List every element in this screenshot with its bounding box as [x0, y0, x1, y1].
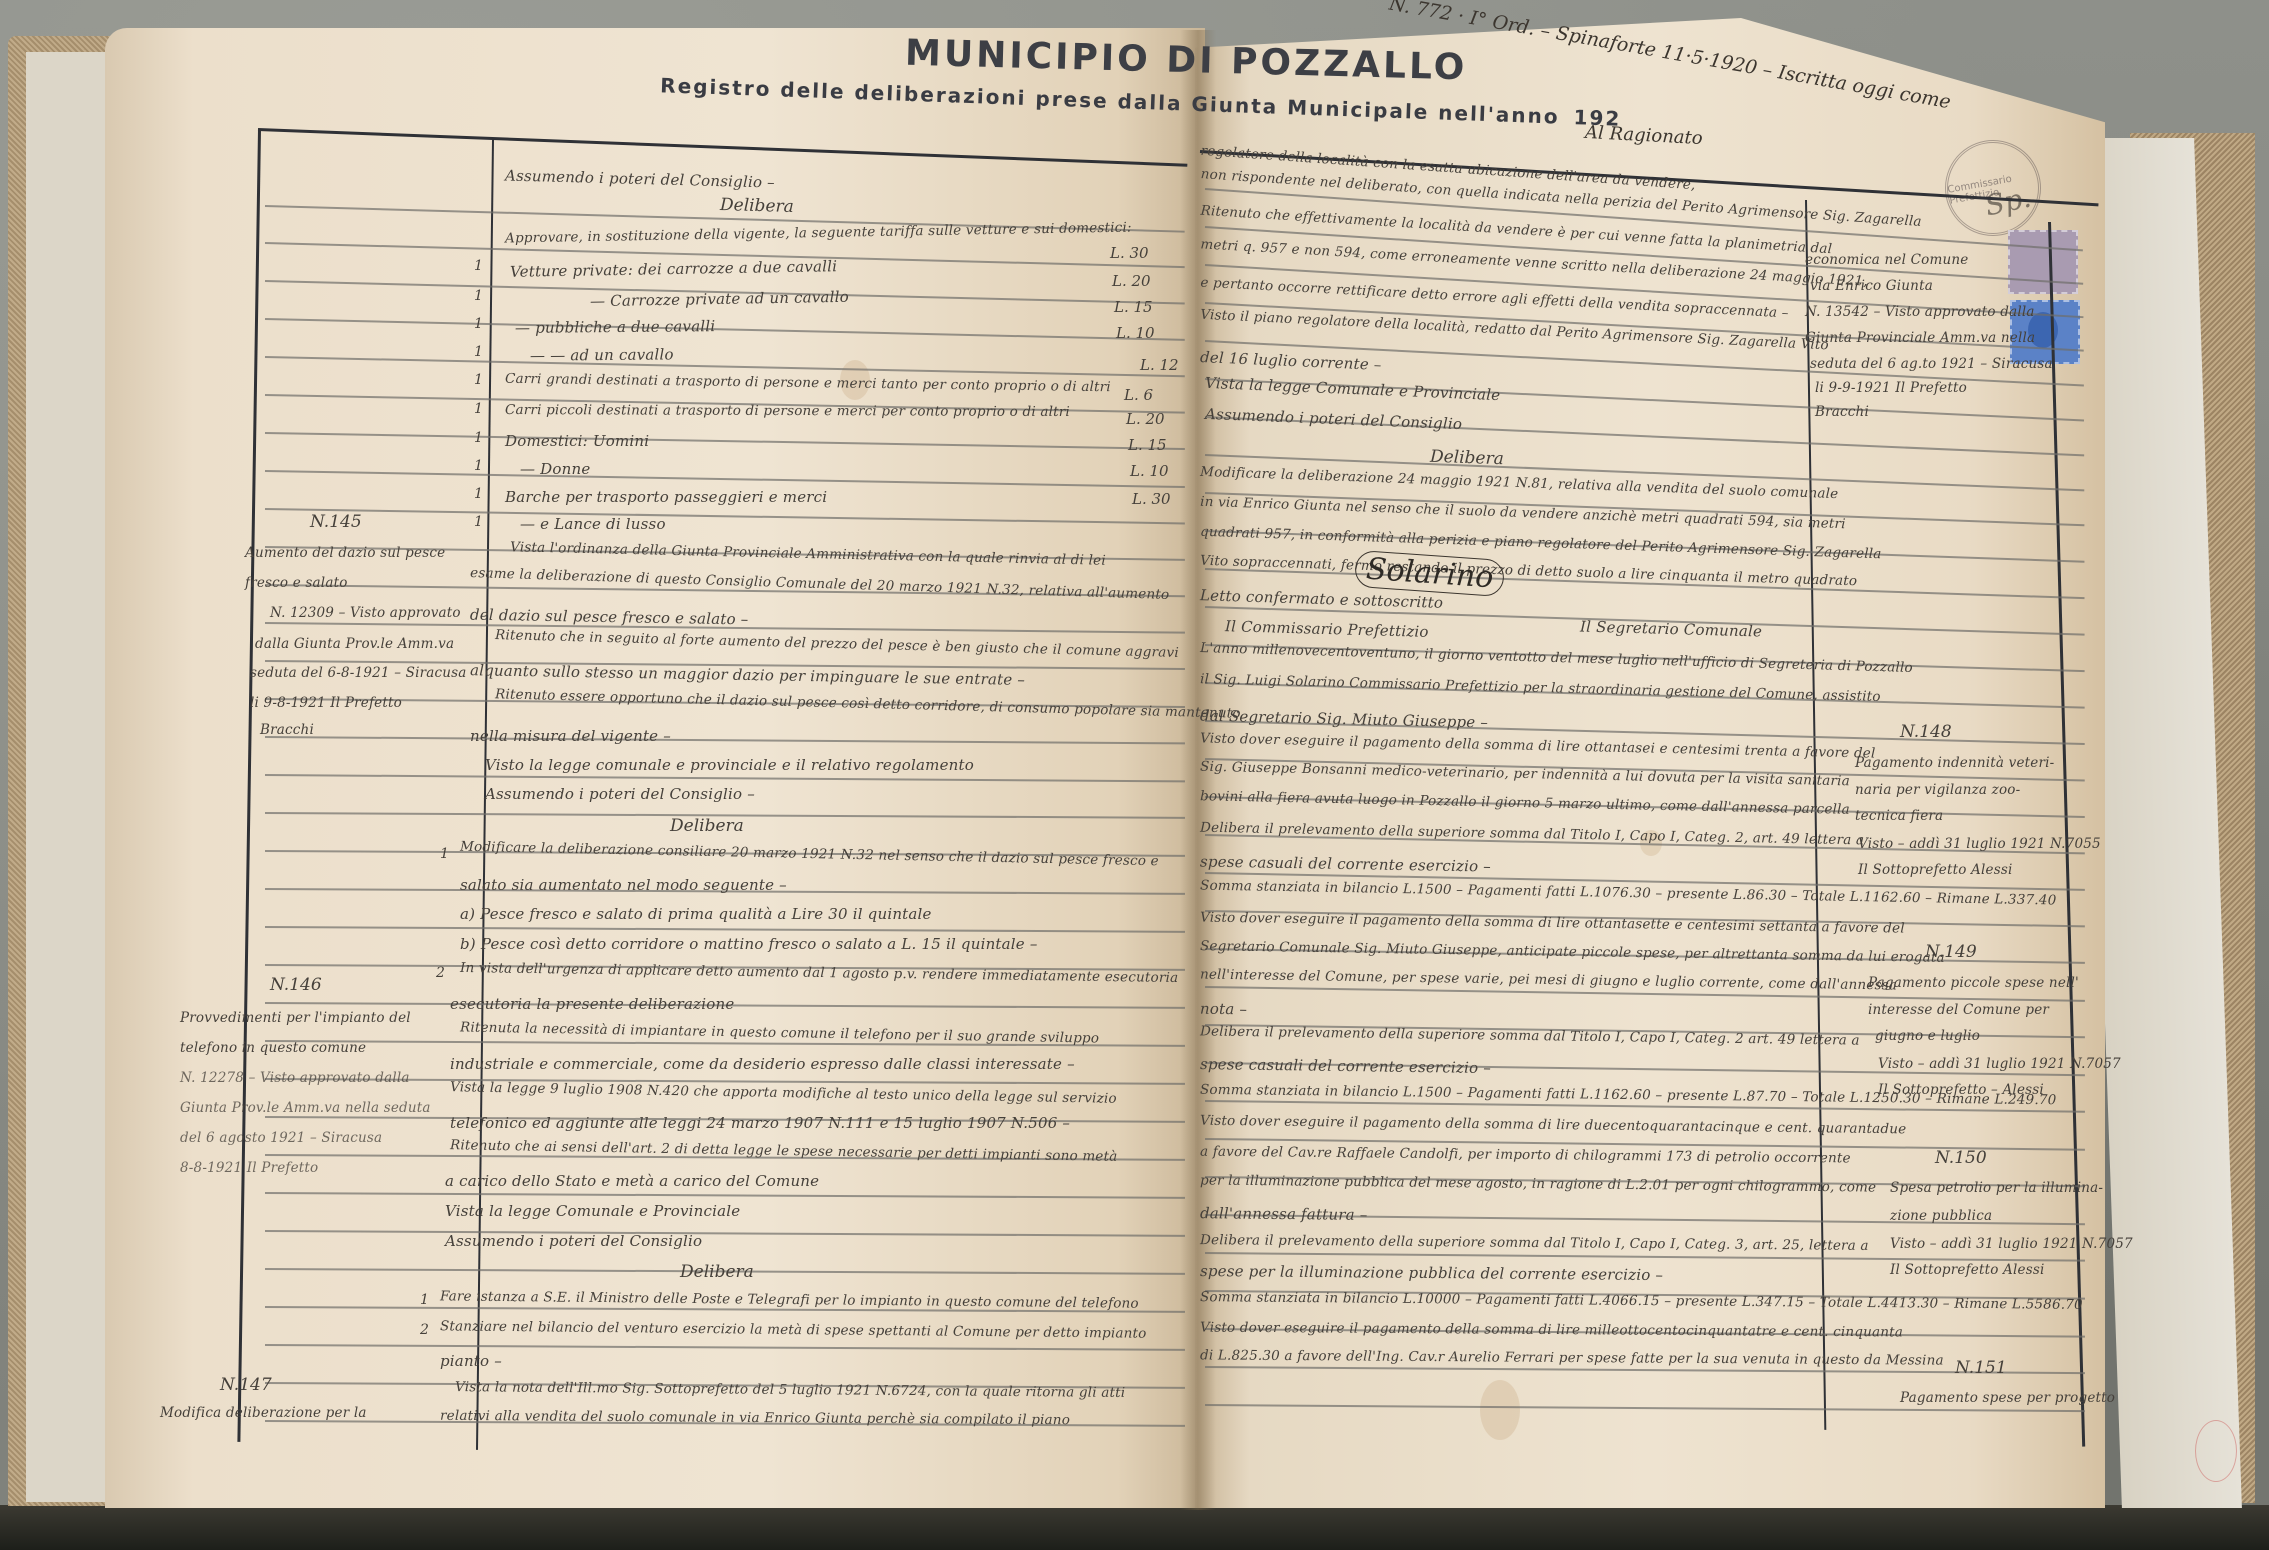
margin-approval: N. 12309 – Visto approvato	[270, 605, 461, 621]
delibera-heading: Delibera	[720, 195, 794, 217]
margin-approval: 8-8-1921 Il Prefetto	[180, 1160, 318, 1176]
margin-subject: fresco e salato	[245, 575, 348, 591]
body-line: Assumendo i poteri del Consiglio –	[485, 785, 755, 803]
margin-subject: tecnica fiera	[1855, 808, 1943, 824]
margin-approval: dalla Giunta Prov.le Amm.va	[255, 636, 454, 652]
left-flyleaf	[26, 52, 106, 1502]
body-line: salato sia aumentato nel modo seguente –	[460, 876, 787, 894]
amount: L. 15	[1114, 298, 1153, 316]
item-number: 1	[474, 258, 483, 274]
margin-subject: Provvedimenti per l'impianto del	[180, 1010, 411, 1026]
margin-subject: Aumento del dazio sul pesce	[245, 545, 445, 561]
item-number: 1	[474, 288, 483, 304]
margin-approval: Giunta Prov.le Amm.va nella seduta	[180, 1100, 431, 1116]
margin-subject: naria per vigilanza zoo-	[1855, 782, 2020, 798]
body-line: a carico dello Stato e metà a carico del…	[445, 1172, 819, 1190]
item-number: 1	[420, 1292, 429, 1308]
amount: L. 10	[1130, 462, 1169, 480]
body-line: telefonico ed aggiunte alle leggi 24 mar…	[450, 1114, 1070, 1132]
margin-approval: N. 12278 – Visto approvato dalla	[180, 1070, 410, 1086]
margin-subject: zione pubblica	[1890, 1208, 1992, 1224]
deliberation-number: N.148	[1900, 722, 1952, 742]
item-number: 1	[474, 401, 483, 417]
item-number: 1	[474, 458, 483, 474]
delibera-heading: Delibera	[1430, 447, 1504, 470]
margin-approval: N. 13542 – Visto approvato dalla	[1805, 304, 2035, 320]
foxing-stain	[1480, 1380, 1520, 1440]
amount: L. 15	[1128, 436, 1167, 454]
deliberation-number: N.145	[310, 512, 362, 532]
margin-approval: Bracchi	[1815, 404, 1869, 420]
delibera-heading: Delibera	[680, 1262, 754, 1282]
item-number: 1	[440, 846, 449, 862]
book-bottom-shadow	[0, 1505, 2269, 1550]
body-line: dall'annessa fattura –	[1200, 1204, 1368, 1224]
body-line: — Donne	[520, 460, 590, 478]
margin-approval: seduta del 6 ag.to 1921 – Siracusa	[1810, 356, 2053, 372]
margin-approval: Visto – addì 31 luglio 1921 N.7057	[1878, 1056, 2121, 1072]
body-line: a) Pesce fresco e salato di prima qualit…	[460, 905, 932, 923]
deliberation-number: N.150	[1935, 1148, 1987, 1168]
body-line: — e Lance di lusso	[520, 515, 666, 533]
amount: L. 10	[1116, 324, 1155, 342]
margin-subject: telefono in questo comune	[180, 1040, 366, 1056]
seal-text: Commissario Prefettizio	[1941, 136, 2045, 240]
body-line: Carri piccoli destinati a trasporto di p…	[505, 402, 1070, 420]
item-number: 1	[474, 486, 483, 502]
margin-approval: Il Sottoprefetto Alessi	[1890, 1262, 2044, 1278]
margin-approval: seduta del 6-8-1921 – Siracusa	[250, 665, 467, 681]
body-line: Domestici: Uomini	[505, 432, 649, 450]
margin-approval: Bracchi	[260, 722, 314, 738]
item-number: 2	[420, 1322, 429, 1338]
deliberation-number: N.147	[220, 1375, 272, 1395]
margin-subject: interesse del Comune per	[1868, 1002, 2049, 1018]
amount: L. 20	[1112, 272, 1151, 290]
body-line: nota –	[1200, 1000, 1247, 1019]
margin-subject: giugno e luglio	[1875, 1028, 1980, 1044]
body-line: industriale e commerciale, come da desid…	[450, 1055, 1075, 1073]
item-number: 1	[474, 430, 483, 446]
margin-subject: Spesa petrolio per la illumina-	[1890, 1180, 2103, 1196]
margin-approval: Il Sottoprefetto – Alessi	[1878, 1082, 2044, 1098]
body-line: Vista la legge Comunale e Provinciale	[445, 1202, 740, 1220]
body-line: — pubbliche a due cavalli	[515, 317, 715, 337]
item-number: 1	[474, 372, 483, 388]
body-line: b) Pesce così detto corridore o mattino …	[460, 935, 1038, 953]
margin-subject: Pagamento spese per progetto	[1900, 1390, 2115, 1406]
margin-subject: Pagamento indennità veteri-	[1855, 755, 2054, 771]
deliberation-number: N.149	[1925, 942, 1977, 962]
revenue-stamp-purple	[2008, 230, 2078, 294]
delibera-heading: Delibera	[670, 816, 744, 836]
body-line: Assumendo i poteri del Consiglio	[445, 1232, 702, 1250]
body-line: nella misura del vigente –	[470, 727, 671, 745]
amount: L. 20	[1126, 410, 1165, 428]
item-number: 1	[474, 344, 483, 360]
item-number: 1	[474, 514, 483, 530]
body-line: esecutoria la presente deliberazione	[450, 995, 734, 1013]
amount: L. 30	[1110, 244, 1149, 262]
deliberation-number: N.151	[1955, 1358, 2007, 1378]
deliberation-number: N.146	[270, 975, 322, 995]
margin-subject: Pagamento piccole spese nell'	[1868, 975, 2079, 991]
margin-subject: Modifica deliberazione per la	[160, 1405, 367, 1421]
item-number: 2	[436, 965, 445, 981]
margin-approval: li 9-9-1921 Il Prefetto	[1815, 380, 1967, 396]
margin-approval: li 9-8-1921 Il Prefetto	[250, 695, 402, 711]
body-line: Visto la legge comunale e provinciale e …	[485, 756, 974, 774]
margin-subject: via Enrico Giunta	[1810, 278, 1933, 294]
body-line: — — ad un cavallo	[530, 345, 674, 364]
item-number: 1	[474, 316, 483, 332]
margin-approval: Visto – addì 31 luglio 1921 N.7055	[1858, 836, 2101, 852]
body-line: Barche per trasporto passeggieri e merci	[505, 488, 827, 506]
margin-subject: economica nel Comune	[1805, 252, 1968, 268]
body-line: pianto –	[440, 1352, 502, 1370]
amount: L. 30	[1132, 490, 1171, 508]
margin-approval: Giunta Provinciale Amm.va nella	[1805, 330, 2035, 346]
margin-approval: Visto – addì 31 luglio 1921 N.7057	[1890, 1236, 2133, 1252]
margin-approval: Il Sottoprefetto Alessi	[1858, 862, 2012, 878]
red-pencil-mark	[2195, 1420, 2237, 1482]
amount: L. 12	[1140, 356, 1179, 374]
margin-approval: del 6 agosto 1921 – Siracusa	[180, 1130, 382, 1146]
amount: L. 6	[1124, 386, 1153, 404]
